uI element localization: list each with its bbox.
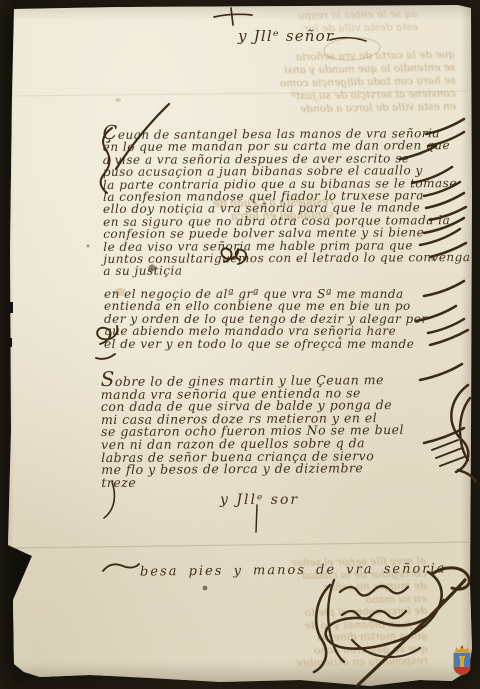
paragraph-2: en el negoçio de alª grª que vra Sª me m… [104, 288, 428, 350]
letter-line: a su justiçia [103, 264, 470, 278]
archive-stamp-icon [452, 643, 476, 681]
verso-bleedthrough-upper: que de la carta de vra señoria se entend… [279, 48, 456, 116]
paragraph-3: Sobre lo de gines martin y lue Çeuan me … [101, 371, 405, 489]
paragraph-1: Çeuan de santangel besa las manos de vra… [103, 125, 471, 278]
salutation: y Jllᵉ señor [238, 27, 334, 45]
letter-line: el de ver y en todo lo que se ofreçca me… [104, 338, 428, 350]
letter-line: me flo y besos de lorca y de diziembre [101, 462, 404, 477]
letter-line: treze [101, 475, 404, 490]
letter-line: entienda en ello conbiene que me en bie … [104, 300, 428, 312]
letter-line: que abiendo melo mandado vra señoria har… [104, 325, 428, 337]
bleed-line: respondida en diziembre [293, 655, 428, 670]
valediction: y Jllᵉ sor [220, 492, 299, 508]
manuscript-scan: aq se le enbia la respu esta desta villa… [0, 0, 480, 689]
closing-line: besa pies y manos de vra señoria [140, 561, 447, 579]
